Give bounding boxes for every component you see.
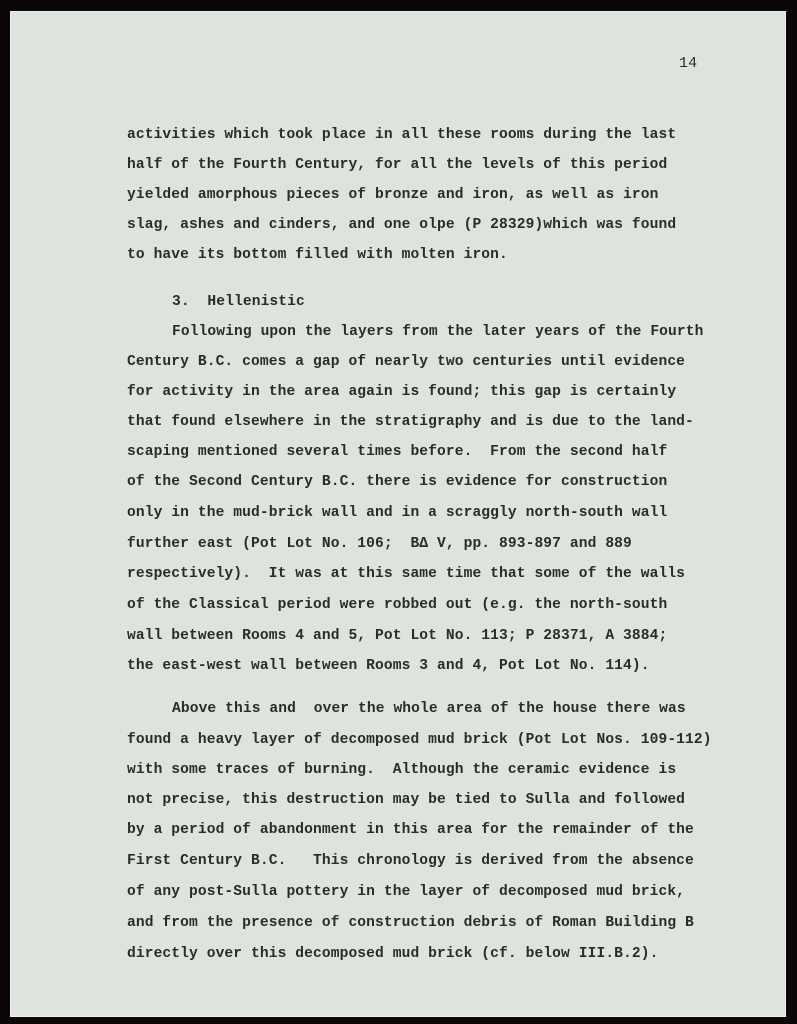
paragraph-3-line: Above this and over the whole area of th… [172, 701, 686, 717]
paragraph-3-line: not precise, this destruction may be tie… [127, 792, 685, 808]
paragraph-3-line: First Century B.C. This chronology is de… [127, 853, 694, 869]
paragraph-3-line: with some traces of burning. Although th… [127, 762, 676, 778]
paragraph-2-line: wall between Rooms 4 and 5, Pot Lot No. … [127, 628, 667, 644]
typewritten-page: 14 activities which took place in all th… [10, 11, 786, 1017]
paragraph-1-line: slag, ashes and cinders, and one olpe (P… [127, 217, 676, 233]
paragraph-3-line: directly over this decomposed mud brick … [127, 946, 658, 962]
paragraph-2-line: of the Classical period were robbed out … [127, 597, 667, 613]
paragraph-3-line: and from the presence of construction de… [127, 915, 694, 931]
paragraph-3-line: of any post-Sulla pottery in the layer o… [127, 884, 685, 900]
paragraph-2-line: that found elsewhere in the stratigraphy… [127, 414, 694, 430]
paragraph-2-line: Century B.C. comes a gap of nearly two c… [127, 354, 685, 370]
page-number: 14 [679, 55, 697, 72]
paragraph-2-line: respectively). It was at this same time … [127, 566, 685, 582]
paragraph-2-line: of the Second Century B.C. there is evid… [127, 474, 667, 490]
paragraph-1-line: yielded amorphous pieces of bronze and i… [127, 187, 658, 203]
paragraph-3-line: by a period of abandonment in this area … [127, 822, 694, 838]
paragraph-1-line: half of the Fourth Century, for all the … [127, 157, 667, 173]
paragraph-1-line: activities which took place in all these… [127, 127, 676, 143]
section-heading: 3. Hellenistic [172, 294, 305, 310]
paragraph-2-line: scaping mentioned several times before. … [127, 444, 667, 460]
paragraph-2-line: only in the mud-brick wall and in a scra… [127, 505, 667, 521]
paragraph-2-line: the east-west wall between Rooms 3 and 4… [127, 658, 650, 674]
paragraph-2-line: further east (Pot Lot No. 106; BΔ V, pp.… [127, 536, 632, 552]
paragraph-2-line: Following upon the layers from the later… [172, 324, 703, 340]
paragraph-3-line: found a heavy layer of decomposed mud br… [127, 732, 712, 748]
paragraph-1-line: to have its bottom filled with molten ir… [127, 247, 508, 263]
paragraph-2-line: for activity in the area again is found;… [127, 384, 676, 400]
